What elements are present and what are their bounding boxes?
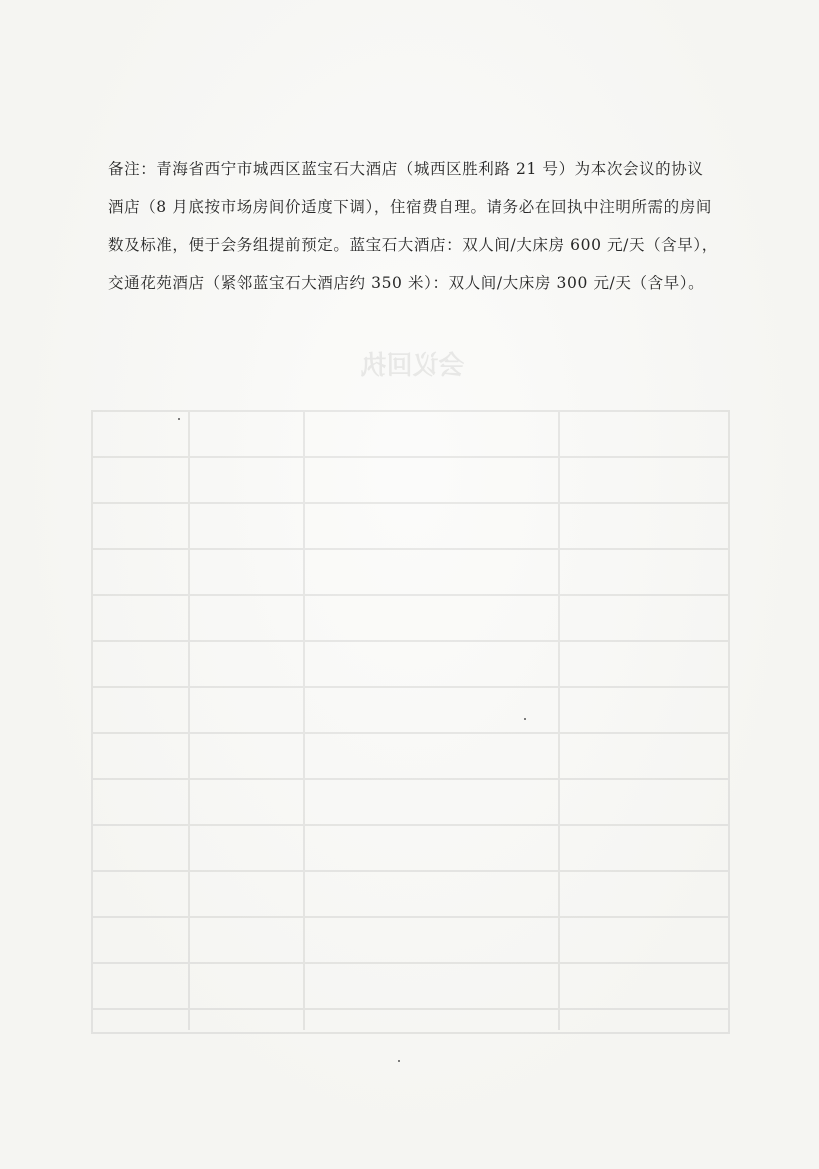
accommodation-note: 备注：青海省西宁市城西区蓝宝石大酒店（城西区胜利路 21 号）为本次会议的协议 … [108, 150, 720, 302]
note-line-2: 酒店（8 月底按市场房间价适度下调），住宿费自理。请务必在回执中注明所需的房间 [108, 188, 720, 226]
bleed-table [91, 410, 730, 1034]
note-line-3: 数及标准，便于会务组提前预定。蓝宝石大酒店：双人间/大床房 600 元/天（含早… [108, 226, 720, 264]
bleed-table-divider [188, 410, 190, 1030]
scan-speck [398, 1060, 400, 1062]
document-page: 会议回执 备注：青海省西宁市城西区蓝宝石大酒店（城西区胜利路 21 号）为本次会… [0, 0, 819, 1169]
reverse-side-bleed-through: 会议回执 [95, 250, 730, 1040]
scan-speck [178, 418, 180, 420]
note-line-4: 交通花苑酒店（紧邻蓝宝石大酒店约 350 米）：双人间/大床房 300 元/天（… [108, 264, 720, 302]
bleed-title: 会议回执 [95, 345, 730, 382]
bleed-table-divider [558, 410, 560, 1030]
note-line-1: 备注：青海省西宁市城西区蓝宝石大酒店（城西区胜利路 21 号）为本次会议的协议 [108, 150, 720, 188]
bleed-table-divider [303, 410, 305, 1030]
scan-speck [524, 718, 526, 720]
